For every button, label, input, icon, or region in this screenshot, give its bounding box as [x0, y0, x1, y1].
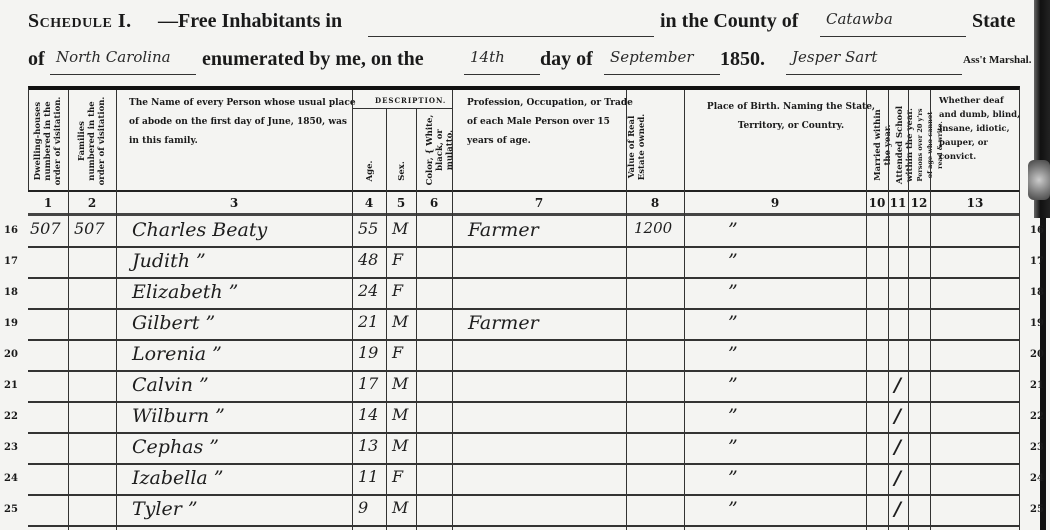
col-number: 9	[684, 196, 866, 210]
line-number-left: 21	[0, 380, 22, 391]
state-label: State	[972, 10, 1015, 33]
col-number: 11	[888, 196, 908, 210]
col7-header: Profession, Occupation, or Trade of each…	[461, 94, 637, 151]
line-number-right: 24	[1026, 473, 1048, 484]
age: 13	[358, 436, 378, 464]
birthplace: ”	[728, 498, 738, 526]
of-label: of	[28, 48, 45, 71]
person-name: Charles Beaty	[132, 219, 267, 247]
age: 24	[358, 281, 378, 309]
birthplace: ”	[728, 374, 738, 402]
col1-header: Dwelling-houses numbered in the order of…	[33, 96, 63, 186]
col-number: 1	[28, 196, 68, 210]
col-number: 13	[930, 196, 1020, 210]
town-field	[368, 10, 654, 37]
line-number-left: 16	[0, 225, 22, 236]
col10-header: Married within the year.	[873, 104, 893, 186]
col6-header: Color, { White, black, or mulatto.	[425, 114, 455, 186]
enumerated-label: enumerated by me, on the	[202, 48, 424, 71]
sex: M	[392, 498, 408, 526]
description-group-label: DESCRIPTION.	[375, 96, 446, 105]
col-number: 12	[908, 196, 930, 210]
census-table: Dwelling-houses numbered in the order of…	[28, 86, 1020, 530]
col2-header: Families numbered in the order of visita…	[77, 96, 107, 186]
age: 17	[358, 374, 378, 402]
person-name: Judith ”	[132, 250, 206, 278]
county-field: Catawba	[820, 10, 966, 37]
line-number-left: 22	[0, 411, 22, 422]
schedule-label: Schedule I.	[28, 10, 132, 33]
sex: M	[392, 312, 408, 340]
age: 9	[358, 498, 368, 526]
birthplace: ”	[728, 281, 738, 309]
occupation: Farmer	[468, 312, 539, 340]
line-number-left: 24	[0, 473, 22, 484]
col11-header: Attended School within the year.	[895, 104, 915, 186]
description-divider	[353, 108, 453, 109]
col-number: 4	[352, 196, 386, 210]
line-number-left: 19	[0, 318, 22, 329]
col-number: 10	[866, 196, 888, 210]
month-field: September	[604, 48, 720, 75]
sex: M	[392, 436, 408, 464]
person-name: Wilburn ”	[132, 405, 225, 433]
school-mark: /	[894, 436, 901, 464]
col9-header: Place of Birth. Naming the State, Territ…	[691, 94, 891, 136]
col8-header: Value of Real Estate owned.	[627, 108, 647, 186]
age: 14	[358, 405, 378, 433]
census-page: Schedule I. —Free Inhabitants in in the …	[0, 0, 1050, 530]
table-row: 17 Judith ” 48 F ” 17	[28, 248, 1020, 279]
day-field: 14th	[464, 48, 540, 75]
col-number: 8	[626, 196, 684, 210]
person-name: Elizabeth ”	[132, 281, 238, 309]
person-name: Izabella ”	[132, 467, 223, 495]
table-row: 23 Cephas ” 13 M ” / 23	[28, 434, 1020, 465]
sex: F	[392, 250, 403, 278]
marshal-label: Ass't Marshal.	[963, 54, 1031, 66]
person-name: Tyler ”	[132, 498, 198, 526]
birthplace: ”	[728, 436, 738, 464]
state-field: North Carolina	[50, 48, 196, 75]
birthplace: ”	[728, 250, 738, 278]
table-row: 20 Lorenia ” 19 F ” 20	[28, 341, 1020, 372]
sex: M	[392, 405, 408, 433]
person-name: Cephas ”	[132, 436, 219, 464]
col-number: 7	[452, 196, 626, 210]
line-number-right: 17	[1026, 256, 1048, 267]
occupation: Farmer	[468, 219, 539, 247]
age: 48	[358, 250, 378, 278]
binding-clip-icon	[1028, 160, 1050, 200]
school-mark: /	[894, 498, 901, 526]
line-number-right: 23	[1026, 442, 1048, 453]
line-number-left: 25	[0, 504, 22, 515]
sex: M	[392, 374, 408, 402]
table-row: 22 Wilburn ” 14 M ” / 22	[28, 403, 1020, 434]
age: 55	[358, 219, 378, 247]
age: 19	[358, 343, 378, 371]
line-number-right: 18	[1026, 287, 1048, 298]
line-number-right: 25	[1026, 504, 1048, 515]
school-mark: /	[894, 405, 901, 433]
sex: F	[392, 281, 403, 309]
dwelling-number: 507	[30, 219, 61, 247]
county-label: in the County of	[660, 10, 798, 33]
line-number-left: 17	[0, 256, 22, 267]
person-name: Calvin ”	[132, 374, 209, 402]
birthplace: ”	[728, 405, 738, 433]
line-number-left: 20	[0, 349, 22, 360]
day-of-label: day of	[540, 48, 593, 71]
table-row: 18 Elizabeth ” 24 F ” 18	[28, 279, 1020, 310]
real-estate-value: 1200	[634, 219, 672, 247]
birthplace: ”	[728, 219, 738, 247]
age: 21	[358, 312, 378, 340]
schedule-title: —Free Inhabitants in	[158, 10, 342, 33]
table-header: Dwelling-houses numbered in the order of…	[28, 86, 1020, 190]
col3-header: The Name of every Person whose usual pla…	[125, 94, 357, 151]
birthplace: ”	[728, 312, 738, 340]
person-name: Lorenia ”	[132, 343, 222, 371]
line-number-right: 22	[1026, 411, 1048, 422]
sex: F	[392, 343, 403, 371]
family-number: 507	[74, 219, 105, 247]
col-number: 3	[116, 196, 352, 210]
table-body: 16 507 507 Charles Beaty 55 M Farmer 120…	[28, 217, 1020, 530]
table-row: 25 Tyler ” 9 M ” / 25	[28, 496, 1020, 527]
table-row: 24 Izabella ” 11 F ” / 24	[28, 465, 1020, 496]
line-number-right: 21	[1026, 380, 1048, 391]
school-mark: /	[894, 467, 901, 495]
marshal-field: Jesper Sart	[786, 48, 962, 75]
col4-header: Age.	[365, 156, 375, 186]
line-number-left: 18	[0, 287, 22, 298]
person-name: Gilbert ”	[132, 312, 215, 340]
line-number-right: 19	[1026, 318, 1048, 329]
line-number-left: 23	[0, 442, 22, 453]
line-number-right: 20	[1026, 349, 1048, 360]
age: 11	[358, 467, 378, 495]
table-row: 21 Calvin ” 17 M ” / 21	[28, 372, 1020, 403]
school-mark: /	[894, 374, 901, 402]
col-number: 5	[386, 196, 416, 210]
table-row: 16 507 507 Charles Beaty 55 M Farmer 120…	[28, 217, 1020, 248]
year-label: 1850.	[720, 48, 765, 71]
line-number-right: 16	[1026, 225, 1048, 236]
birthplace: ”	[728, 343, 738, 371]
sex: F	[392, 467, 403, 495]
sex: M	[392, 219, 408, 247]
col13-header: Whether deaf and dumb, blind, insane, id…	[935, 94, 1023, 164]
table-row: 19 Gilbert ” 21 M Farmer ” 19	[28, 310, 1020, 341]
column-number-row: 1 2 3 4 5 6 7 8 9 10 11 12 13	[28, 190, 1020, 216]
birthplace: ”	[728, 467, 738, 495]
col-number: 6	[416, 196, 452, 210]
col5-header: Sex.	[397, 156, 407, 186]
col-number: 2	[68, 196, 116, 210]
